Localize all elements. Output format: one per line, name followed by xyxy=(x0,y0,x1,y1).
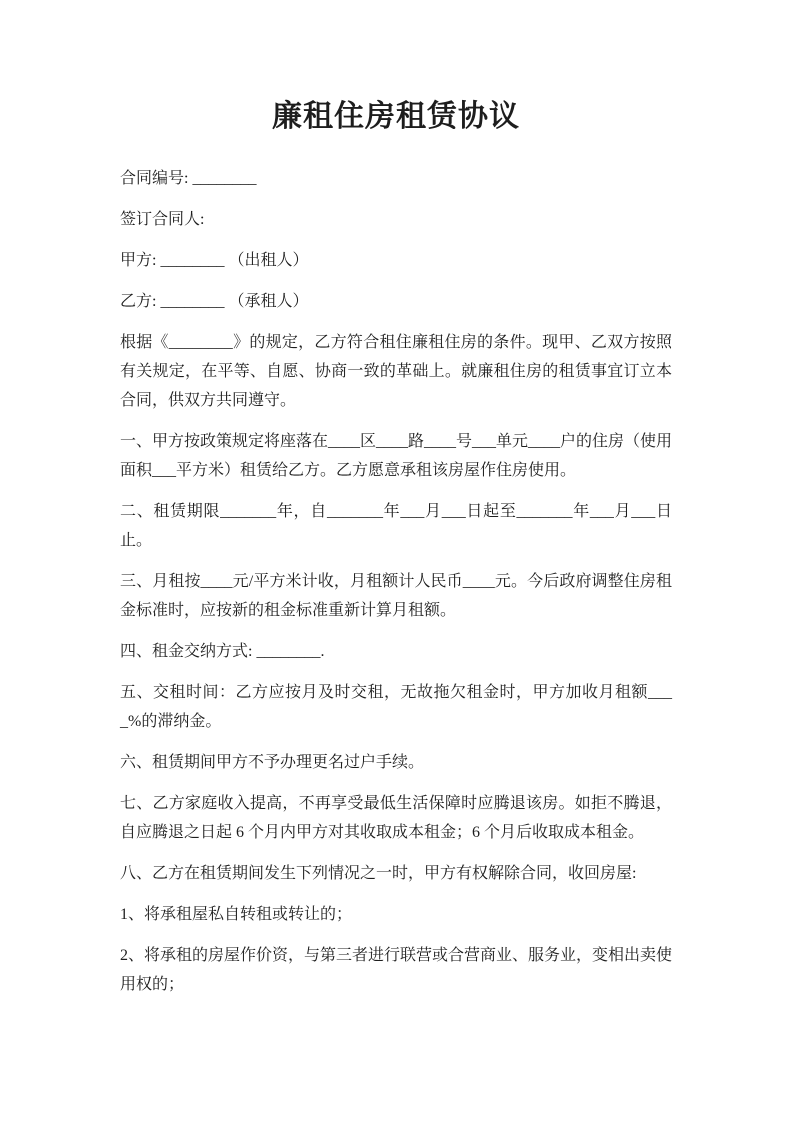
paragraph-signatories-label: 签订合同人: xyxy=(120,205,672,234)
clause-4: 四、租金交纳方式: ________. xyxy=(120,637,672,666)
clause-1: 一、甲方按政策规定将座落在____区____路____号___单元____户的住… xyxy=(120,427,672,485)
clause-7: 七、乙方家庭收入提高，不再享受最低生活保障时应腾退该房。如拒不腾退，自应腾退之日… xyxy=(120,789,672,847)
clause-8-item-2: 2、将承租的房屋作价资，与第三者进行联营或合营商业、服务业，变相出卖使用权的； xyxy=(120,941,672,999)
paragraph-contract-number: 合同编号: ________ xyxy=(120,164,672,193)
clause-8-item-1: 1、将承租屋私自转租或转让的； xyxy=(120,900,672,929)
clause-8: 八、乙方在租赁期间发生下列情况之一时，甲方有权解除合同，收回房屋: xyxy=(120,859,672,888)
paragraph-party-b: 乙方: ________ （承租人） xyxy=(120,287,672,316)
clause-3: 三、月租按____元/平方米计收，月租额计人民币____元。今后政府调整住房租金… xyxy=(120,567,672,625)
clause-6: 六、租赁期间甲方不予办理更名过户手续。 xyxy=(120,748,672,777)
clause-2: 二、租赁期限_______年，自_______年___月___日起至______… xyxy=(120,497,672,555)
paragraph-party-a: 甲方: ________ （出租人） xyxy=(120,246,672,275)
paragraph-preamble: 根据《________》的规定，乙方符合租住廉租住房的条件。现甲、乙双方按照有关… xyxy=(120,328,672,415)
clause-5: 五、交租时间：乙方应按月及时交租，无故拖欠租金时，甲方加收月租额____%的滞纳… xyxy=(120,678,672,736)
document-title: 廉租住房租赁协议 xyxy=(120,96,672,138)
document-page: 廉租住房租赁协议 合同编号: ________ 签订合同人: 甲方: _____… xyxy=(0,0,793,1122)
